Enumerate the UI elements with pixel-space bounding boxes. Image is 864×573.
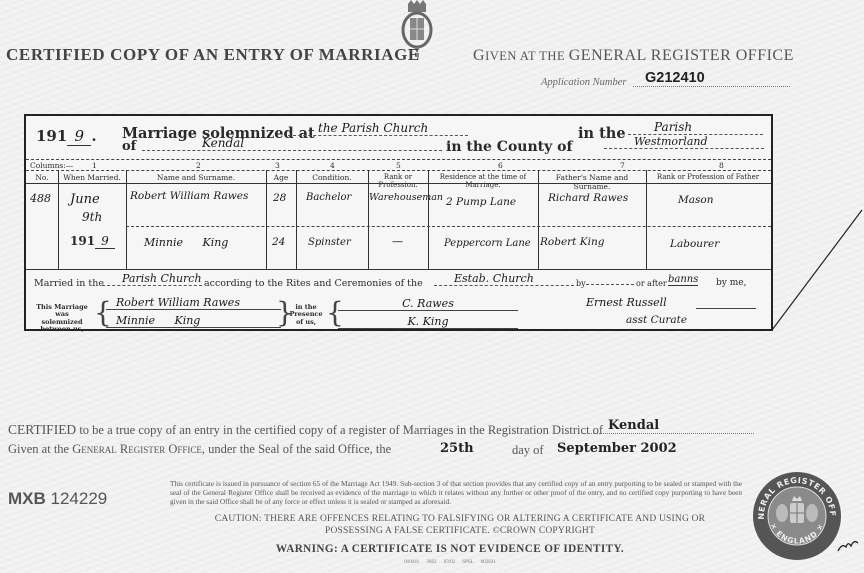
col-header-father: Father's Name and Surname. bbox=[538, 173, 646, 191]
officiant-signature: Ernest Russell bbox=[586, 296, 667, 309]
by-me-label: by me, bbox=[716, 278, 746, 288]
by-value bbox=[586, 284, 634, 285]
in-the-value: Parish bbox=[628, 120, 763, 135]
cancellation-line bbox=[770, 200, 864, 335]
bride-condition: Spinster bbox=[308, 237, 351, 248]
caution-notice: CAUTION: THERE ARE OFFENCES RELATING TO … bbox=[190, 514, 730, 538]
or-after-label: or after bbox=[636, 279, 667, 288]
certificate-serial: MXB 124229 bbox=[8, 489, 107, 509]
col-header-rank: Rank or Profession. bbox=[368, 173, 428, 189]
entry-month: June bbox=[70, 192, 100, 207]
col-header-father-rank: Rank or Profession of Father bbox=[646, 173, 770, 181]
groom-father: Richard Rawes bbox=[548, 192, 628, 204]
register-year: 1919. bbox=[36, 127, 97, 146]
or-after-value: banns bbox=[668, 274, 698, 286]
bride-age: 24 bbox=[272, 236, 285, 248]
col-header-no: No. bbox=[26, 173, 58, 182]
groom-name: Robert William Rawes bbox=[130, 190, 250, 203]
col-header-condition: Condition. bbox=[296, 173, 368, 182]
marriage-register-entry: 1919. Marriage solemnized at the Parish … bbox=[24, 114, 773, 331]
entry-number: 488 bbox=[30, 192, 51, 205]
certification-month-year: September 2002 bbox=[557, 441, 677, 456]
col-num: 4 bbox=[330, 161, 335, 170]
married-in-value: Parish Church bbox=[102, 272, 202, 286]
col-num: 3 bbox=[275, 161, 280, 170]
col-header-when: When Married. bbox=[58, 173, 126, 182]
officiant-title: asst Curate bbox=[626, 314, 687, 326]
county-label: in the County of bbox=[446, 139, 572, 155]
identity-warning: WARNING: A CERTIFICATE IS NOT EVIDENCE O… bbox=[170, 543, 730, 555]
certified-statement: CERTIFIED to be a true copy of an entry … bbox=[8, 422, 603, 438]
form-code: 010441 3662 03/02 SPSL 002831 bbox=[170, 560, 730, 565]
entry-day: 9th bbox=[82, 210, 102, 224]
initials-mark bbox=[836, 535, 862, 555]
col-header-residence: Residence at the time of Marriage. bbox=[428, 173, 538, 189]
col-num: 7 bbox=[620, 161, 625, 170]
between-us-label: This Marriagewas solemnizedbetween us, bbox=[34, 304, 90, 334]
bride-father-profession: Labourer bbox=[670, 238, 719, 250]
certification-day: 25th bbox=[440, 441, 474, 456]
document-title: CERTIFIED COPY OF AN ENTRY OF MARRIAGE bbox=[6, 45, 420, 65]
groom-condition: Bachelor bbox=[306, 192, 351, 203]
groom-age: 28 bbox=[273, 192, 286, 204]
registration-district: Kendal bbox=[608, 418, 659, 433]
given-at-statement: Given at the General Register Office, un… bbox=[8, 442, 391, 457]
witness-2-signature: K. King bbox=[338, 315, 518, 329]
bride-name: Minnie King bbox=[144, 236, 228, 249]
col-num: 5 bbox=[396, 161, 401, 170]
col-num: 6 bbox=[498, 161, 503, 170]
witness-1-signature: C. Rawes bbox=[338, 297, 518, 311]
groom-profession: Warehouseman bbox=[369, 192, 443, 203]
col-num: 2 bbox=[196, 161, 201, 170]
col-header-age: Age bbox=[266, 173, 296, 182]
columns-label: Columns:— bbox=[30, 161, 73, 170]
groom-residence: 2 Pump Lane bbox=[446, 196, 516, 208]
col-num: 1 bbox=[92, 161, 97, 170]
solemnized-place: the Parish Church bbox=[288, 121, 468, 136]
day-of-label: day of bbox=[512, 443, 544, 458]
col-num: 8 bbox=[719, 161, 724, 170]
application-number: G212410 bbox=[633, 70, 790, 87]
col-header-name: Name and Surname. bbox=[126, 173, 266, 182]
gro-seal-icon: GENERAL REGISTER OFFICE × ENGLAND × bbox=[752, 471, 842, 561]
bride-profession: — bbox=[392, 235, 403, 248]
entry-year: 1919 bbox=[70, 234, 115, 248]
rites-value: Estab. Church bbox=[434, 272, 574, 286]
of-value: Kendal bbox=[142, 136, 442, 151]
party-1-signature: Robert William Rawes bbox=[106, 296, 281, 310]
bride-residence: Peppercorn Lane bbox=[444, 238, 531, 249]
married-in-label: Married in the bbox=[34, 278, 104, 289]
bride-father: Robert King bbox=[540, 236, 604, 248]
county-value: Westmorland bbox=[604, 135, 764, 149]
groom-father-profession: Mason bbox=[678, 194, 713, 206]
by-label: by bbox=[576, 279, 586, 288]
legal-notice: This certificate is issued in pursuance … bbox=[170, 480, 742, 506]
rites-label: according to the Rites and Ceremonies of… bbox=[204, 278, 423, 289]
issuing-office: GIVEN AT THE GENERAL REGISTER OFFICE bbox=[473, 47, 794, 65]
application-number-label: Application Number bbox=[541, 77, 626, 88]
presence-label: in thePresenceof us, bbox=[288, 304, 324, 326]
of-label: of bbox=[122, 139, 136, 154]
party-2-signature: Minnie King bbox=[106, 314, 281, 328]
